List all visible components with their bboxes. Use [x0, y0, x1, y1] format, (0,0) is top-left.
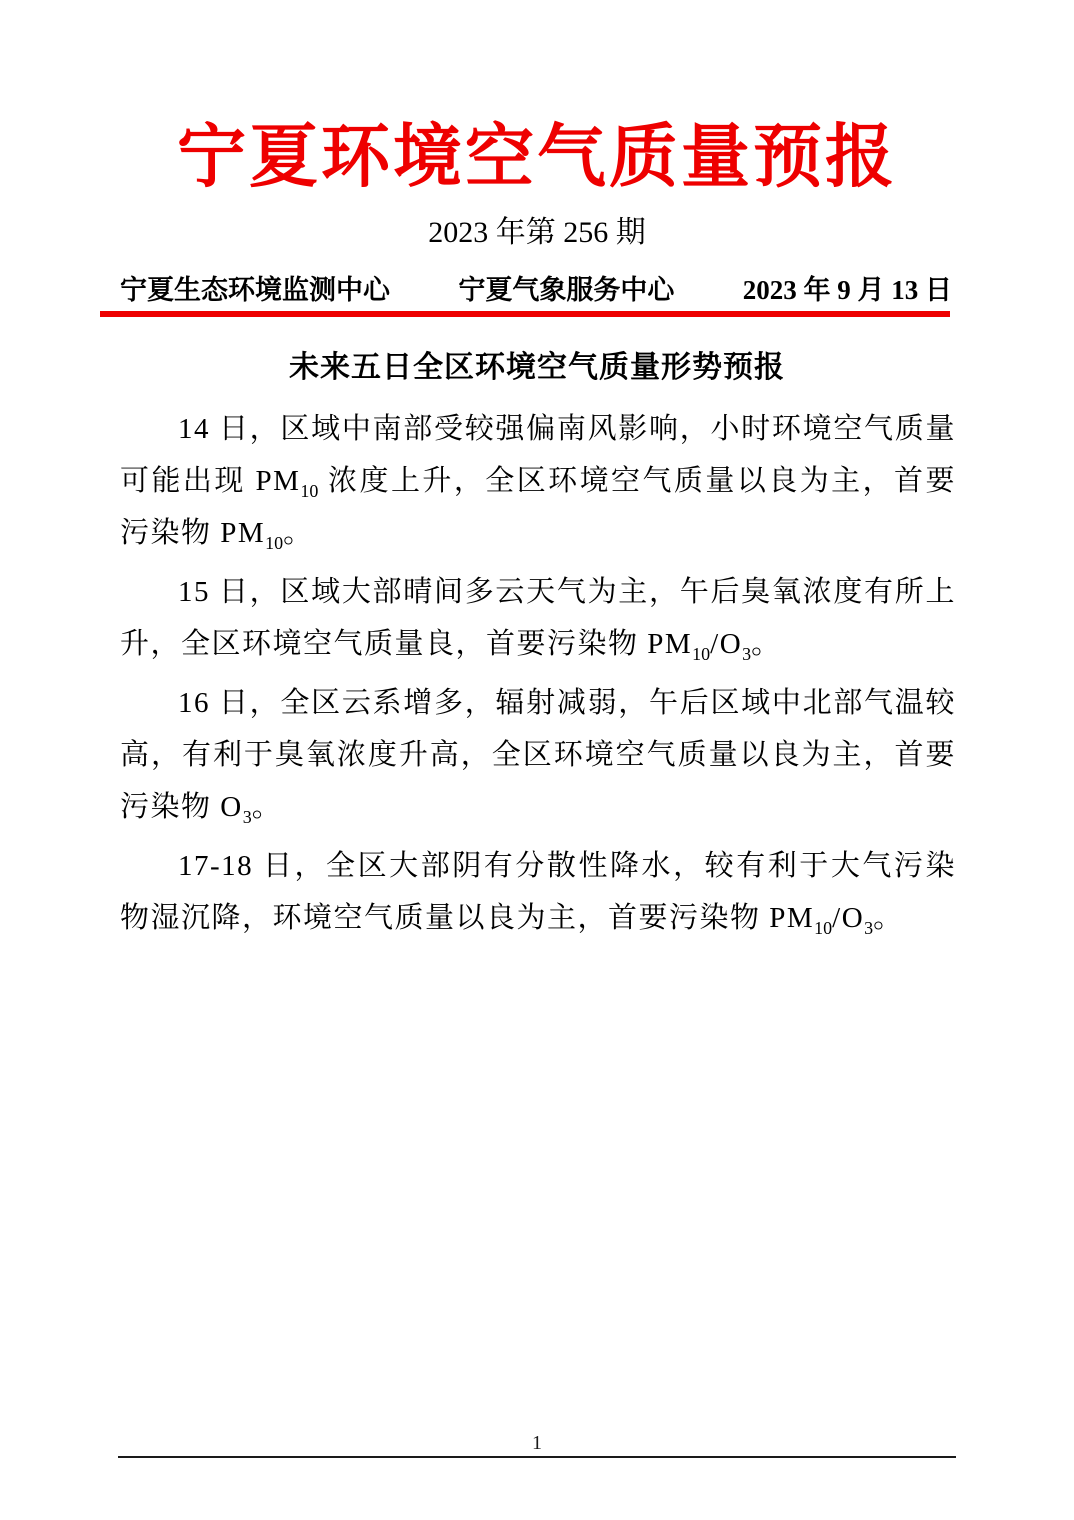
issue-date: 2023 年 9 月 13 日 [743, 274, 952, 306]
issuer-monitoring-center: 宁夏生态环境监测中心 [120, 274, 390, 306]
document-header: 宁夏环境空气质量预报 2023 年第 256 期 宁夏生态环境监测中心 宁夏气象… [0, 0, 1074, 317]
pollutant-subscript: 10 [814, 918, 832, 938]
forecast-paragraph: 15 日，区域大部晴间多云天气为主，午后臭氧浓度有所上升，全区环境空气质量良，首… [120, 566, 956, 670]
page-number: 1 [0, 1432, 1074, 1454]
document-footer: 1 [0, 1432, 1074, 1458]
forecast-paragraph: 16 日，全区云系增多，辐射减弱，午后区域中北部气温较高，有利于臭氧浓度升高，全… [120, 677, 956, 833]
section-heading: 未来五日全区环境空气质量形势预报 [0, 349, 1074, 387]
document-body: 未来五日全区环境空气质量形势预报 14 日，区域中南部受较强偏南风影响，小时环境… [0, 349, 1074, 944]
document-page: 宁夏环境空气质量预报 2023 年第 256 期 宁夏生态环境监测中心 宁夏气象… [0, 0, 1074, 1520]
issuer-row: 宁夏生态环境监测中心 宁夏气象服务中心 2023 年 9 月 13 日 [120, 274, 952, 306]
pollutant-subscript: 10 [692, 644, 710, 664]
pollutant-subscript: 3 [243, 807, 252, 827]
pollutant-subscript: 10 [300, 481, 318, 501]
issuer-meteorological-center: 宁夏气象服务中心 [458, 274, 674, 306]
red-divider-line [100, 311, 950, 317]
pollutant-subscript: 3 [864, 918, 873, 938]
forecast-paragraphs: 14 日，区域中南部受较强偏南风影响，小时环境空气质量可能出现 PM10 浓度上… [120, 403, 956, 944]
pollutant-subscript: 10 [265, 533, 283, 553]
forecast-paragraph: 17-18 日，全区大部阴有分散性降水，较有利于大气污染物湿沉降，环境空气质量以… [120, 840, 956, 944]
footer-divider-line [118, 1456, 956, 1458]
forecast-paragraph: 14 日，区域中南部受较强偏南风影响，小时环境空气质量可能出现 PM10 浓度上… [120, 403, 956, 559]
pollutant-subscript: 3 [742, 644, 751, 664]
document-title: 宁夏环境空气质量预报 [0, 116, 1074, 198]
issue-number: 2023 年第 256 期 [0, 214, 1074, 252]
